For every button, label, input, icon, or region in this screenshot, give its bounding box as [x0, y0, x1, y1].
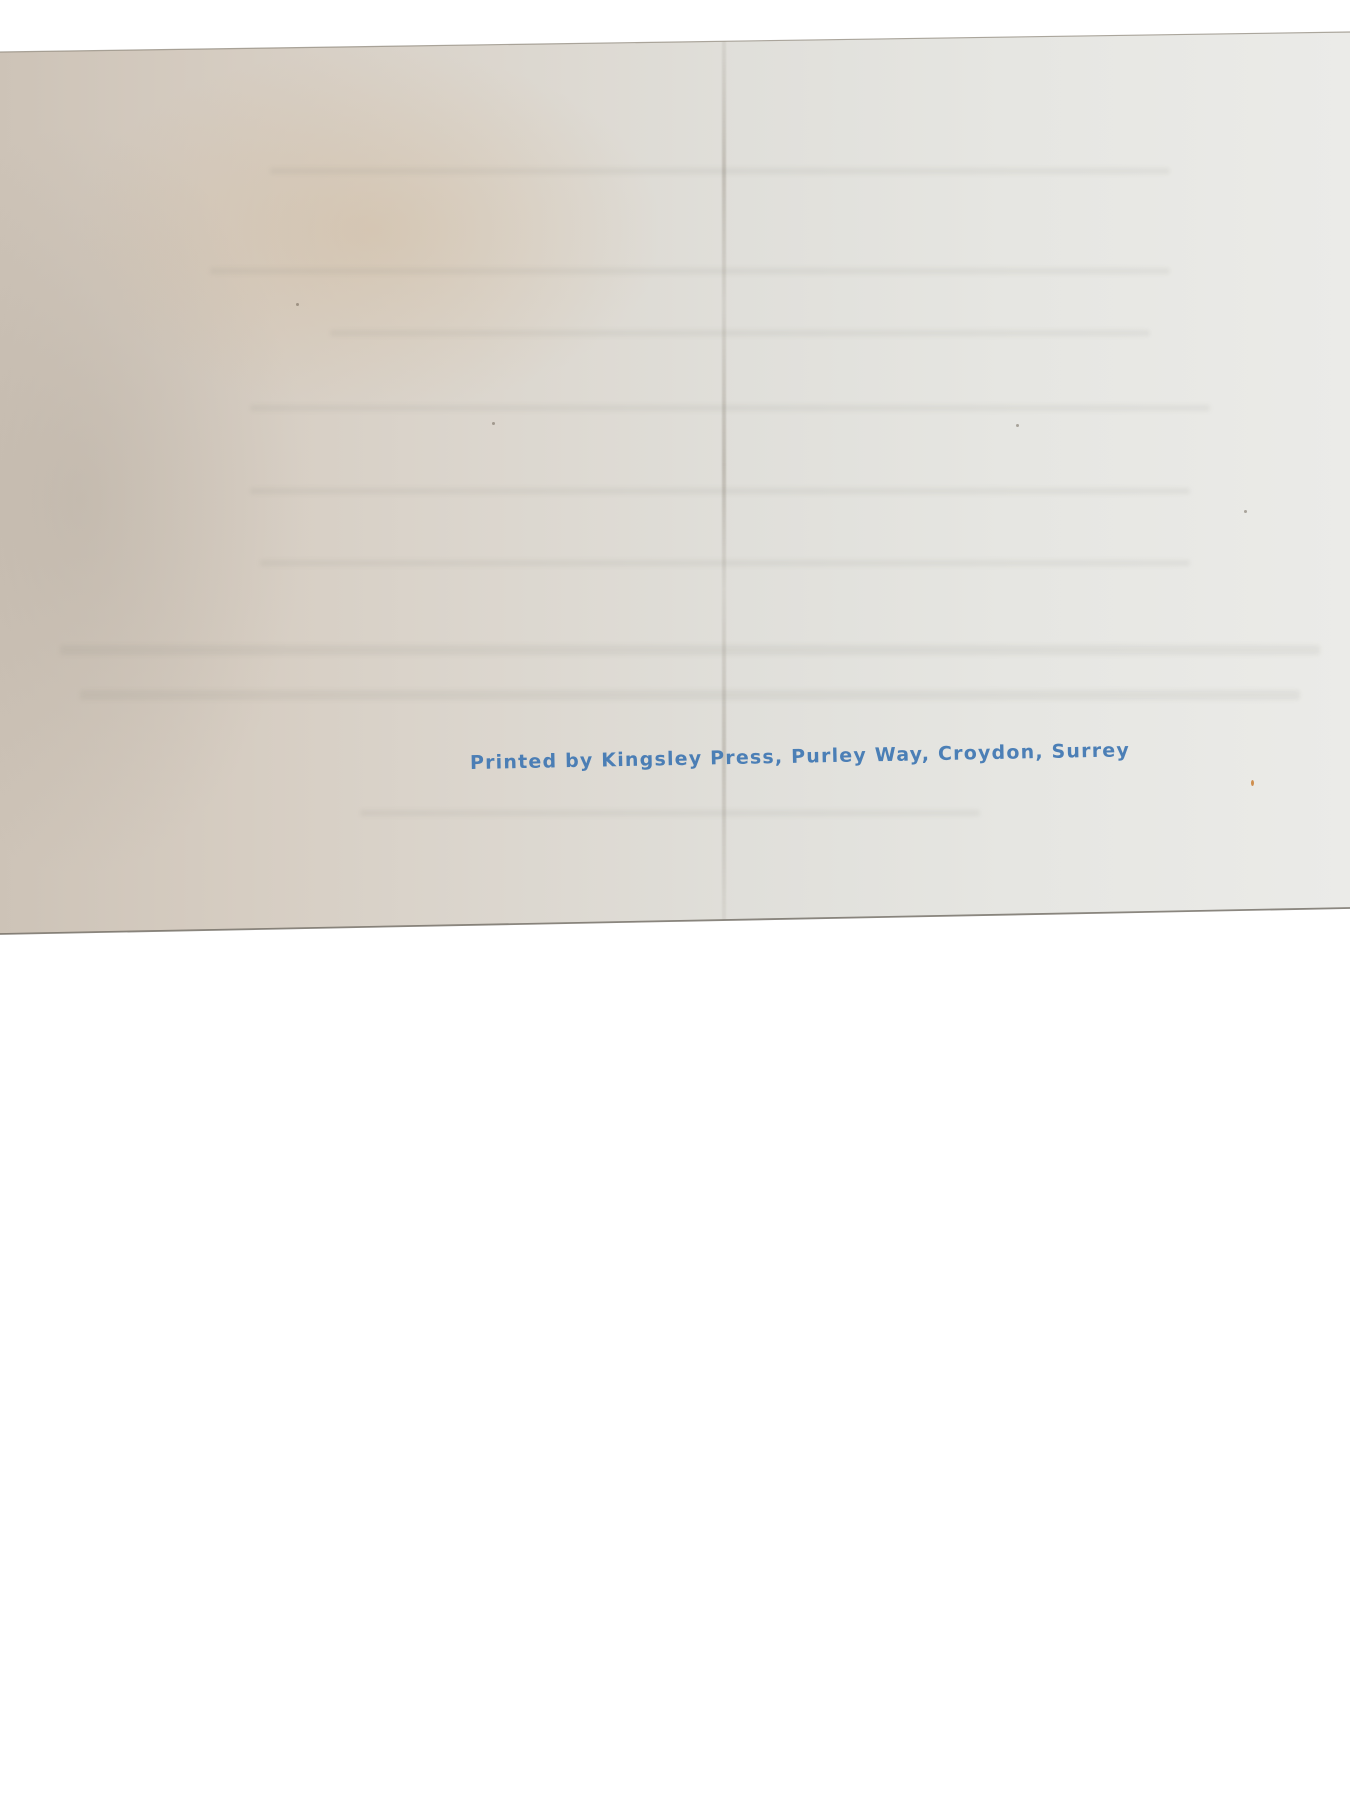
paper-speck — [1251, 780, 1254, 786]
show-through-line — [260, 560, 1190, 566]
show-through-line — [270, 168, 1170, 174]
paper-speck — [1244, 510, 1247, 513]
show-through-line — [80, 690, 1300, 700]
show-through-line — [360, 810, 980, 816]
printer-imprint: Printed by Kingsley Press, Purley Way, C… — [470, 739, 1130, 774]
show-through-line — [210, 268, 1170, 274]
paper-speck — [296, 303, 299, 306]
paper-speck — [492, 422, 495, 425]
show-through-line — [250, 488, 1190, 494]
show-through-line — [250, 405, 1210, 411]
show-through-line — [330, 330, 1150, 336]
paper-speck — [1016, 424, 1019, 427]
show-through-line — [60, 645, 1320, 655]
paper-card: Printed by Kingsley Press, Purley Way, C… — [0, 0, 1350, 1800]
photo-scene: Printed by Kingsley Press, Purley Way, C… — [0, 0, 1350, 1800]
